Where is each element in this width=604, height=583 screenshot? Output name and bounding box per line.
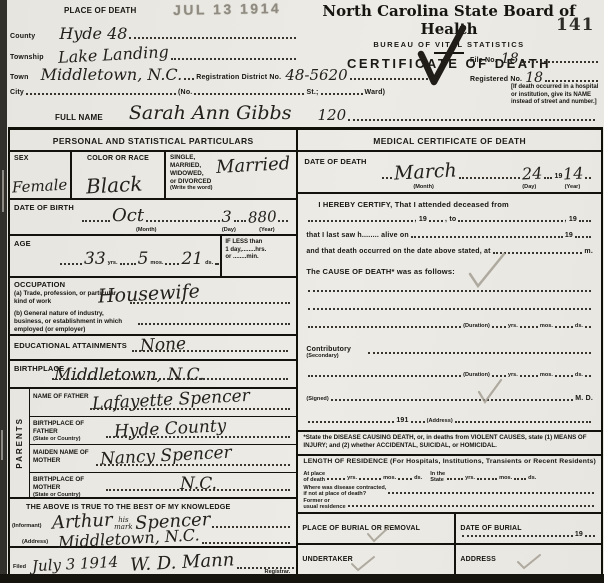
death-occurred-label: and that death occurred on the date abov… [306, 248, 490, 255]
dotted-leader [545, 80, 598, 82]
dotted-leader [585, 375, 591, 377]
dotted-leader [585, 326, 591, 328]
former-residence-label-2: usual residence [303, 504, 345, 510]
county-row: County Hyde 48 [10, 22, 298, 42]
md-label: M. D. [575, 395, 593, 402]
page-number: 141 [556, 15, 595, 35]
yrs-label: yrs. [508, 323, 518, 329]
death-year-value: 14 [562, 165, 583, 182]
dotted-leader [368, 352, 591, 354]
date-of-birth-label: DATE OF BIRTH [14, 203, 74, 212]
dotted-leader [458, 220, 562, 222]
yrs-label: yrs. [465, 475, 475, 481]
dotted-leader [348, 505, 594, 507]
parents-side-label: PARENTS [15, 417, 24, 469]
dotted-leader [555, 326, 573, 328]
marital-hint: (Write the word) [170, 185, 296, 192]
marital-cell: SINGLE, MARRIED, WIDOWED, or DIVORCED (W… [166, 152, 296, 198]
township-label: Township [10, 54, 44, 61]
birth-month-value: Oct [112, 207, 144, 225]
marital-value: Married [216, 155, 291, 177]
dotted-leader [348, 119, 595, 121]
scan-bottom-edge [0, 574, 604, 583]
birth-day-value: 3 [222, 209, 232, 225]
township-row: Township Lake Landing [10, 43, 298, 63]
father-name-row: NAME OF FATHER Lafayette Spencer [30, 389, 296, 417]
dotted-leader [308, 220, 412, 222]
footnote-text: *State the DISEASE CAUSING DEATH, or, in… [303, 434, 596, 450]
last-saw-year: 19 [565, 232, 573, 239]
age-days-value: 21 [181, 251, 203, 268]
received-date-stamp: JUL 13 1914 [173, 0, 281, 18]
dotted-leader [90, 408, 290, 410]
burial-place-cell: PLACE OF BURIAL OR REMOVAL [298, 514, 456, 543]
cause-block: The CAUSE OF DEATH* was as follows: (Dur… [298, 264, 601, 344]
if-less-line: or ........min. [225, 254, 293, 262]
dotted-leader [411, 236, 563, 238]
if-less-cell: IF LESS than 1 day,........hrs. or .....… [220, 236, 296, 276]
dotted-leader [520, 326, 538, 328]
registered-no-label: Registered No. [470, 76, 522, 83]
mos-label: mos. [540, 372, 553, 378]
yrs-label: yrs. [508, 372, 518, 378]
file-no-row: File No. 18 [470, 48, 600, 66]
street-no-label: (No. [178, 89, 192, 96]
at-place-label-2: of death [303, 477, 325, 483]
duration-label: (Duration) [463, 323, 490, 329]
dotted-leader [106, 489, 290, 491]
dotted-leader [278, 220, 288, 222]
dotted-leader [398, 478, 412, 480]
scan-edge-fleck [2, 170, 4, 212]
cause-of-death-label: The CAUSE OF DEATH* was as follows: [306, 267, 593, 276]
dotted-leader [585, 535, 595, 537]
certify-year-1: , 19 [415, 216, 427, 223]
day-sublabel: (Day) [522, 184, 536, 190]
dotted-leader [106, 436, 290, 438]
mother-birthplace-label: BIRTHPLACE OF MOTHER [33, 476, 84, 491]
cause-footnote: *State the DISEASE CAUSING DEATH, or, in… [298, 430, 601, 456]
dotted-leader [555, 375, 573, 377]
age-label: AGE [14, 239, 31, 248]
certify-block: I HEREBY CERTIFY, That I attended deceas… [298, 194, 601, 264]
dotted-leader [327, 478, 345, 480]
informant-address-line: (Address) Middletown, N.C. [22, 529, 292, 547]
dotted-leader [411, 421, 425, 423]
street-label: St.; [306, 89, 318, 96]
ds-label: ds. [528, 475, 536, 481]
burial-row-2: UNDERTAKER ADDRESS [298, 545, 601, 574]
dotted-leader [171, 58, 296, 60]
dotted-leader [429, 220, 443, 222]
certify-line: I HEREBY CERTIFY, That I attended deceas… [318, 200, 593, 209]
signed-label: (Signed) [306, 396, 328, 402]
filed-row: Filed July 3 1914 W. D. Mann Registrar. [10, 548, 296, 576]
mother-name-row: MAIDEN NAME OF MOTHER Nancy Spencer [30, 445, 296, 473]
dotted-leader [585, 177, 591, 179]
year-sublabel: (Year) [565, 184, 581, 190]
ds-label: ds. [575, 372, 583, 378]
dotted-leader [492, 375, 506, 377]
dotted-leader [52, 378, 288, 380]
education-row: EDUCATIONAL ATTAINMENTS None [10, 336, 296, 361]
full-name-value: Sarah Ann Gibbs [129, 104, 292, 123]
ds-label: ds. [575, 323, 583, 329]
occupation-label: OCCUPATION [14, 280, 65, 289]
ward-checkmark-icon [415, 24, 469, 86]
parents-block: PARENTS NAME OF FATHER Lafayette Spencer… [10, 389, 296, 499]
birth-year-value: 880 [247, 209, 276, 225]
dotted-leader [132, 350, 288, 352]
signed-line: (Signed) M. D. [298, 384, 601, 410]
medical-column: MEDICAL CERTIFICATE OF DEATH DATE OF DEA… [298, 130, 601, 574]
registrar-signature: W. D. Mann [130, 551, 235, 574]
county-label: County [10, 33, 35, 40]
dotted-leader [308, 326, 461, 328]
undertaker-label: UNDERTAKER [302, 556, 352, 563]
dotted-leader [202, 542, 291, 544]
undertaker-address-label: ADDRESS [460, 556, 496, 563]
mos-label: mos. [150, 260, 163, 266]
dotted-leader [308, 308, 591, 310]
dotted-leader [82, 220, 110, 222]
dotted-leader [120, 263, 136, 265]
informant-address-label: (Address) [22, 539, 48, 545]
pencil-checkmark-icon [476, 378, 504, 406]
dotted-leader [165, 263, 179, 265]
contributory-sublabel: (Secondary) [306, 353, 351, 359]
sex-label: SEX [14, 155, 29, 162]
burial-date-year: 19 [575, 531, 583, 538]
personal-section-title: PERSONAL AND STATISTICAL PARTICULARS [10, 130, 296, 152]
residence-title: LENGTH OF RESIDENCE (For Hospitals, Inst… [303, 458, 596, 465]
dotted-leader [544, 177, 552, 179]
filed-date-value: July 3 1914 [32, 555, 119, 574]
file-no-value: 18 [501, 52, 519, 66]
medical-section-title: MEDICAL CERTIFICATE OF DEATH [298, 130, 601, 152]
father-birthplace-row: BIRTHPLACE OF FATHER (State or Country) … [30, 417, 296, 445]
dotted-leader [26, 93, 176, 95]
dotted-leader [234, 220, 246, 222]
registered-no-value: 18 [525, 71, 543, 85]
mos-label: mos. [499, 475, 512, 481]
year-address-line: 191 (Address) [298, 410, 601, 430]
dotted-leader [321, 93, 363, 95]
sex-race-marital-row: SEX Female COLOR OR RACE Black SINGLE, M… [10, 152, 296, 200]
mother-birthplace-row: BIRTHPLACE OF MOTHER (State or Country) … [30, 473, 296, 497]
last-saw-label: that I last saw h........ alive on [306, 232, 409, 239]
dotted-leader [447, 478, 463, 480]
full-name-row: FULL NAME Sarah Ann Gibbs 120 [55, 98, 597, 124]
burial-date-cell: DATE OF BURIAL 19 [456, 514, 601, 543]
age-months-value: 5 [138, 251, 149, 268]
dotted-leader [96, 464, 290, 466]
dotted-leader [215, 263, 219, 265]
occupation-row: OCCUPATION (a) Trade, profession, or par… [10, 278, 296, 336]
where-contracted-label-2: if not at place of death? [303, 491, 386, 497]
dotted-leader [308, 421, 394, 423]
occupation-b-label: (b) General nature of industry, business… [14, 310, 134, 334]
mos-label: mos. [540, 323, 553, 329]
undertaker-address-cell: ADDRESS [456, 545, 601, 574]
residence-block: LENGTH OF RESIDENCE (For Hospitals, Inst… [298, 456, 601, 514]
full-name-number: 120 [317, 108, 346, 123]
dotted-leader [579, 220, 591, 222]
in-state-label-2: State [430, 477, 445, 483]
father-birthplace-sublabel: (State or Country) [33, 436, 103, 443]
death-occurred-m: m. [584, 248, 593, 255]
date-of-death-row: DATE OF DEATH March 24 19 14 (Month) (Da… [298, 152, 601, 194]
dotted-leader [520, 375, 538, 377]
ward-label: Ward) [365, 89, 386, 96]
dotted-leader [130, 302, 290, 304]
dotted-leader [382, 177, 392, 179]
month-sublabel: (Month) [413, 184, 434, 190]
death-year-printed: 19 [554, 173, 562, 180]
registered-no-row: Registered No. 18 [470, 67, 600, 85]
mother-name-label: MAIDEN NAME OF MOTHER [33, 449, 103, 465]
birthplace-value: Middletown, N.C. [54, 367, 204, 384]
ds-label: ds. [205, 260, 213, 266]
mos-label: mos. [383, 475, 396, 481]
date-of-death-label: DATE OF DEATH [304, 157, 366, 166]
death-certificate-scan: PLACE OF DEATH JUL 13 1914 North Carolin… [0, 0, 604, 583]
dotted-leader [492, 326, 506, 328]
marital-label-line: or DIVORCED [170, 178, 296, 186]
undertaker-cell: UNDERTAKER [298, 545, 456, 574]
contributory-block: Contributory (Secondary) (Duration) yrs.… [298, 344, 601, 384]
if-less-line: IF LESS than [225, 239, 293, 247]
dotted-leader [477, 478, 497, 480]
year-sublabel: (Year) [259, 227, 275, 233]
pencil-checkmark-icon [466, 252, 508, 292]
dotted-leader [146, 220, 219, 222]
color-race-cell: COLOR OR RACE Black [72, 152, 166, 198]
burial-table: PLACE OF BURIAL OR REMOVAL DATE OF BURIA… [298, 514, 601, 574]
dotted-leader [514, 478, 526, 480]
year-191-label: 191 [396, 417, 408, 424]
dotted-leader [455, 421, 591, 423]
contributory-label: Contributory [306, 346, 351, 353]
education-value: None [140, 336, 187, 355]
full-name-label: FULL NAME [55, 113, 103, 122]
day-sublabel: (Day) [222, 227, 236, 233]
yrs-label: yrs. [108, 260, 118, 266]
death-day-value: 24 [522, 165, 543, 182]
certify-to-label: , to [445, 216, 456, 223]
birthplace-row: BIRTHPLACE Middletown, N.C. [10, 361, 296, 389]
ds-label: ds. [414, 475, 422, 481]
certify-year-2: , 19 [565, 216, 577, 223]
father-name-label: NAME OF FATHER [33, 393, 93, 401]
burial-place-label: PLACE OF BURIAL OR REMOVAL [302, 525, 420, 532]
attestation-row: THE ABOVE IS TRUE TO THE BEST OF MY KNOW… [10, 499, 296, 548]
dotted-leader [359, 478, 381, 480]
dotted-leader [60, 263, 82, 265]
personal-column: PERSONAL AND STATISTICAL PARTICULARS SEX… [10, 130, 298, 574]
if-less-line: 1 day,........hrs. [225, 247, 293, 255]
date-of-birth-row: DATE OF BIRTH Oct 3 880 (Month) (Day) (Y… [10, 200, 296, 236]
mother-birthplace-sublabel: (State or Country) [33, 492, 103, 499]
burial-row-1: PLACE OF BURIAL OR REMOVAL DATE OF BURIA… [298, 514, 601, 545]
sex-value: Female [12, 178, 68, 196]
death-month-value: March [394, 161, 458, 183]
county-value: Hyde 48 [59, 26, 127, 42]
age-row: AGE 33 yrs. 5 mos. 21 ds. IF LE [10, 236, 296, 278]
color-race-value: Black [86, 174, 143, 197]
dotted-leader [138, 323, 290, 325]
education-label: EDUCATIONAL ATTAINMENTS [14, 341, 127, 350]
certificate-table: PERSONAL AND STATISTICAL PARTICULARS SEX… [8, 127, 603, 574]
place-of-death-label: PLACE OF DEATH [64, 6, 136, 15]
month-sublabel: (Month) [136, 227, 157, 233]
filed-label: Filed [13, 564, 26, 570]
file-no-label: File No. [470, 57, 497, 64]
dotted-leader [129, 37, 296, 39]
scan-edge [0, 0, 7, 583]
age-years-value: 33 [84, 251, 106, 268]
pencil-checkmark-icon [516, 553, 542, 571]
dotted-leader [308, 290, 591, 292]
dotted-leader [459, 177, 520, 179]
dotted-leader [388, 492, 594, 494]
yrs-label: yrs. [347, 475, 357, 481]
dotted-leader [212, 526, 290, 528]
dotted-leader [462, 535, 572, 537]
pencil-checkmark-icon [366, 524, 392, 544]
dotted-leader [521, 61, 598, 63]
dotted-leader [308, 375, 461, 377]
color-race-label: COLOR OR RACE [72, 155, 164, 162]
sex-cell: SEX Female [10, 152, 72, 198]
dotted-leader [575, 236, 591, 238]
pencil-checkmark-icon [350, 555, 376, 573]
address-paren-label: (Address) [427, 418, 453, 424]
certificate-paper: PLACE OF DEATH JUL 13 1914 North Carolin… [7, 0, 604, 583]
city-row: City (No. St.; Ward) [10, 80, 462, 98]
parents-side-label-cell: PARENTS [10, 389, 30, 497]
dotted-leader [194, 93, 304, 95]
dotted-leader [331, 399, 574, 401]
father-birthplace-label: BIRTHPLACE OF FATHER [33, 420, 84, 435]
city-label: City [10, 89, 24, 96]
scan-edge-fleck [1, 430, 3, 460]
